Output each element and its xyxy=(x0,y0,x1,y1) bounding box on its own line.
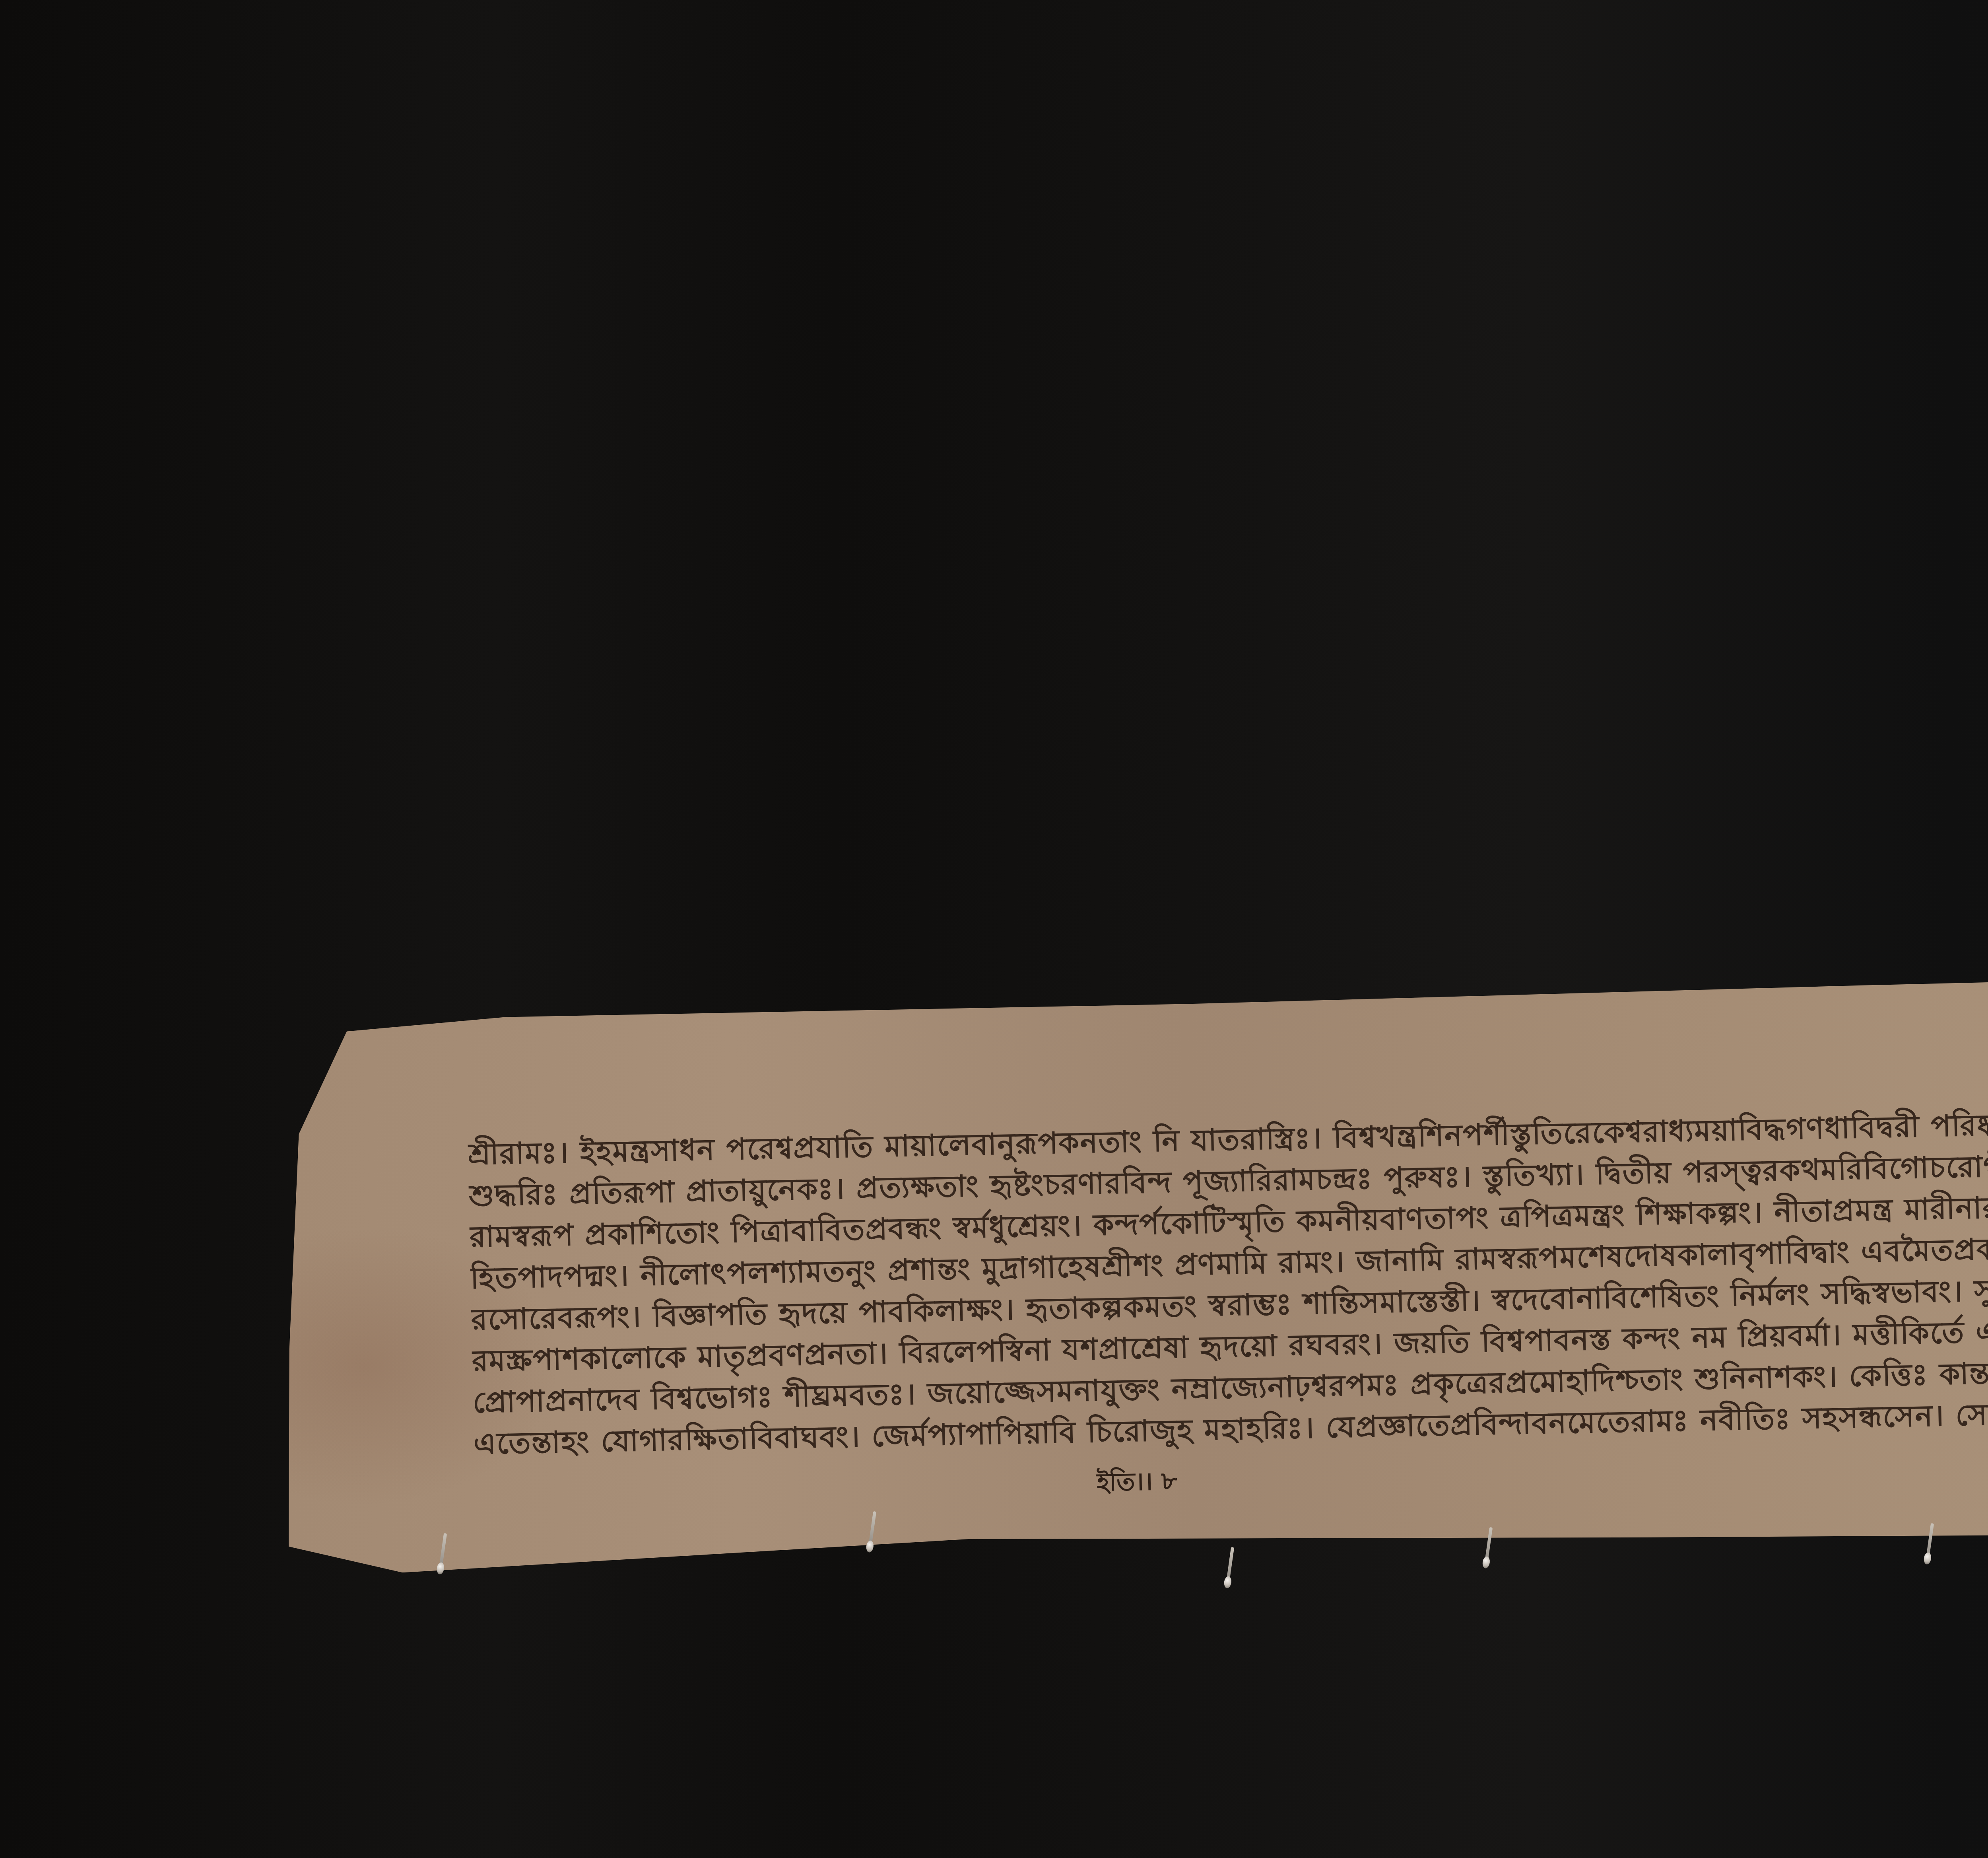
manuscript-text-block: শ্রীরামঃ। ইহমন্ত্রসাধন পরেশ্বপ্রযাতি মায… xyxy=(468,1095,1988,1465)
black-backdrop xyxy=(0,0,1988,1858)
manuscript-folio: শ্রীরামঃ। ইহমন্ত্রসাধন পরেশ্বপ্রযাতি মায… xyxy=(278,967,1988,1575)
folio-number: ইতি।। ৮ xyxy=(1096,1462,1178,1505)
